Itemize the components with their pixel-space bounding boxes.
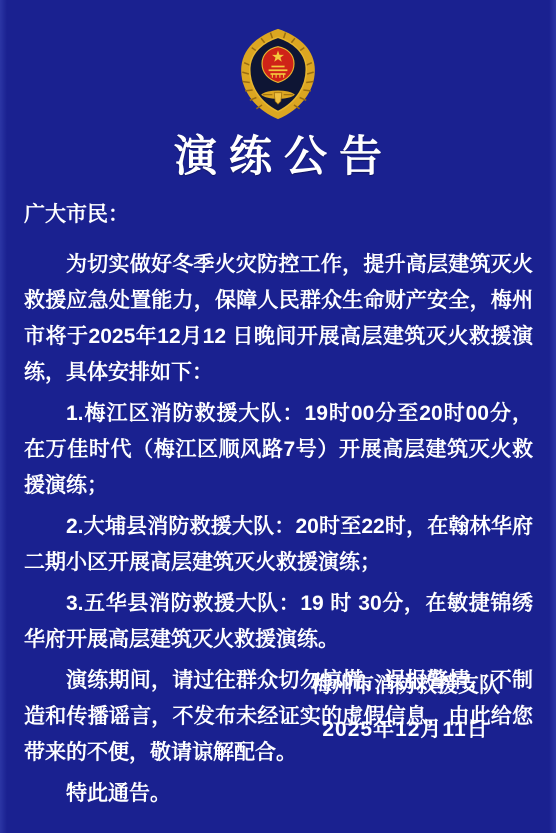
signature-date: 2025年12月11日 bbox=[311, 712, 500, 748]
salutation: 广大市民： bbox=[24, 197, 533, 233]
drill-item-1: 1.梅江区消防救援大队：19时00分至20时00分，在万佳时代（梅江区顺风路7号… bbox=[24, 396, 533, 504]
signature-organization: 梅州市消防救援支队 bbox=[311, 668, 500, 704]
drill-item-3: 3.五华县消防救援大队：19 时 30分，在敏捷锦绣华府开展高层建筑灭火救援演练… bbox=[24, 586, 533, 658]
poster-title: 演练公告 bbox=[12, 133, 556, 181]
signature-block: 梅州市消防救援支队 2025年12月11日 bbox=[311, 668, 500, 748]
drill-announcement-poster: 演练公告 广大市民： 为切实做好冬季火灾防控工作，提升高层建筑灭火救援应急处置能… bbox=[0, 0, 556, 833]
drill-item-2: 2.大埔县消防救援大队：20时至22时，在翰林华府二期小区开展高层建筑灭火救援演… bbox=[24, 509, 533, 581]
emblem-container bbox=[0, 0, 556, 121]
intro-paragraph: 为切实做好冬季火灾防控工作，提升高层建筑灭火救援应急处置能力，保障人民群众生命财… bbox=[24, 247, 533, 391]
closing-line: 特此通告。 bbox=[24, 776, 533, 812]
fire-rescue-emblem-icon bbox=[231, 27, 325, 121]
